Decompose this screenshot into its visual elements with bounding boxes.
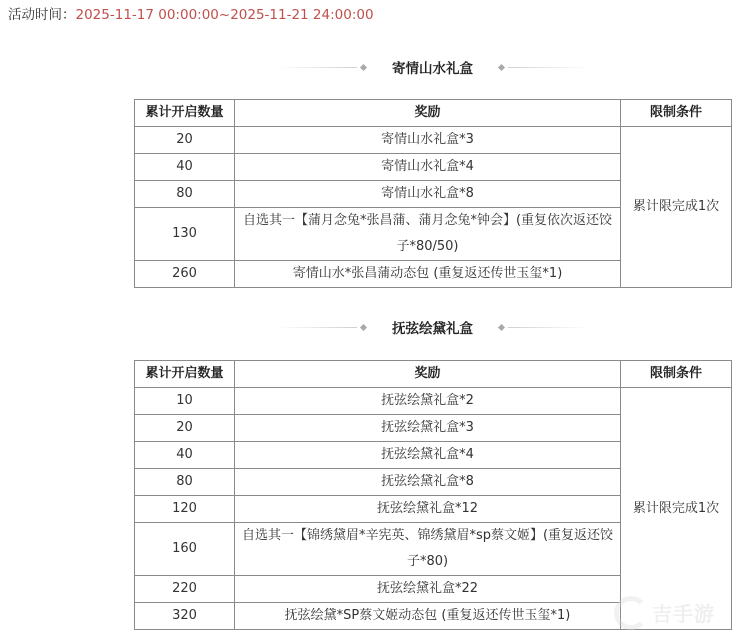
reward-cell: 抚弦绘黛礼盒*12	[235, 496, 621, 523]
reward-table-1: 累计开启数量 奖励 限制条件 20 寄情山水礼盒*3 累计限完成1次 40 寄情…	[134, 99, 732, 288]
limit-cell: 累计限完成1次	[621, 127, 732, 288]
table-header-row: 累计开启数量 奖励 限制条件	[135, 361, 732, 388]
section-heading: 抚弦绘黛礼盒	[392, 317, 473, 337]
reward-cell: 抚弦绘黛礼盒*8	[235, 469, 621, 496]
activity-time-label: 活动时间：	[8, 7, 76, 23]
diamond-icon	[498, 323, 505, 330]
reward-cell: 寄情山水礼盒*4	[235, 154, 621, 181]
diamond-icon	[360, 323, 367, 330]
divider-line-right	[508, 327, 588, 328]
logo-g-icon	[614, 596, 648, 630]
count-cell: 120	[135, 496, 235, 523]
section-heading: 寄情山水礼盒	[392, 57, 473, 77]
diamond-icon	[360, 63, 367, 70]
header-reward: 奖励	[235, 100, 621, 127]
reward-cell: 寄情山水礼盒*8	[235, 181, 621, 208]
reward-cell: 自选其一【锦绣黛眉*辛宪英、锦绣黛眉*sp蔡文姬】(重复返还饺子*80)	[235, 523, 621, 576]
count-cell: 20	[135, 415, 235, 442]
activity-time-range: 2025-11-17 00:00:00~2025-11-21 24:00:00	[76, 7, 374, 23]
section-title-1: 寄情山水礼盒	[134, 57, 731, 77]
count-cell: 260	[135, 261, 235, 288]
reward-cell: 抚弦绘黛礼盒*3	[235, 415, 621, 442]
count-cell: 220	[135, 576, 235, 603]
count-cell: 320	[135, 603, 235, 630]
reward-cell: 抚弦绘黛*SP蔡文姬动态包 (重复返还传世玉玺*1)	[235, 603, 621, 630]
count-cell: 40	[135, 442, 235, 469]
header-count: 累计开启数量	[135, 361, 235, 388]
count-cell: 80	[135, 181, 235, 208]
count-cell: 130	[135, 208, 235, 261]
header-reward: 奖励	[235, 361, 621, 388]
divider-line-left	[277, 67, 357, 68]
reward-cell: 寄情山水礼盒*3	[235, 127, 621, 154]
header-limit: 限制条件	[621, 361, 732, 388]
watermark-logo: 吉手游	[614, 590, 735, 635]
header-limit: 限制条件	[621, 100, 732, 127]
count-cell: 80	[135, 469, 235, 496]
watermark-text: 吉手游	[652, 598, 715, 627]
table-row: 10 抚弦绘黛礼盒*2 累计限完成1次	[135, 388, 732, 415]
divider-line-right	[508, 67, 588, 68]
diamond-icon	[498, 63, 505, 70]
count-cell: 10	[135, 388, 235, 415]
reward-cell: 自选其一【蒲月念兔*张昌蒲、蒲月念兔*钟会】(重复依次返还饺子*80/50)	[235, 208, 621, 261]
reward-cell: 寄情山水*张昌蒲动态包 (重复返还传世玉玺*1)	[235, 261, 621, 288]
reward-cell: 抚弦绘黛礼盒*4	[235, 442, 621, 469]
count-cell: 160	[135, 523, 235, 576]
divider-line-left	[277, 327, 357, 328]
count-cell: 40	[135, 154, 235, 181]
section-title-2: 抚弦绘黛礼盒	[134, 317, 731, 337]
table-header-row: 累计开启数量 奖励 限制条件	[135, 100, 732, 127]
count-cell: 20	[135, 127, 235, 154]
reward-cell: 抚弦绘黛礼盒*2	[235, 388, 621, 415]
table-row: 20 寄情山水礼盒*3 累计限完成1次	[135, 127, 732, 154]
header-count: 累计开启数量	[135, 100, 235, 127]
activity-time: 活动时间：2025-11-17 00:00:00~2025-11-21 24:0…	[8, 5, 374, 25]
reward-cell: 抚弦绘黛礼盒*22	[235, 576, 621, 603]
